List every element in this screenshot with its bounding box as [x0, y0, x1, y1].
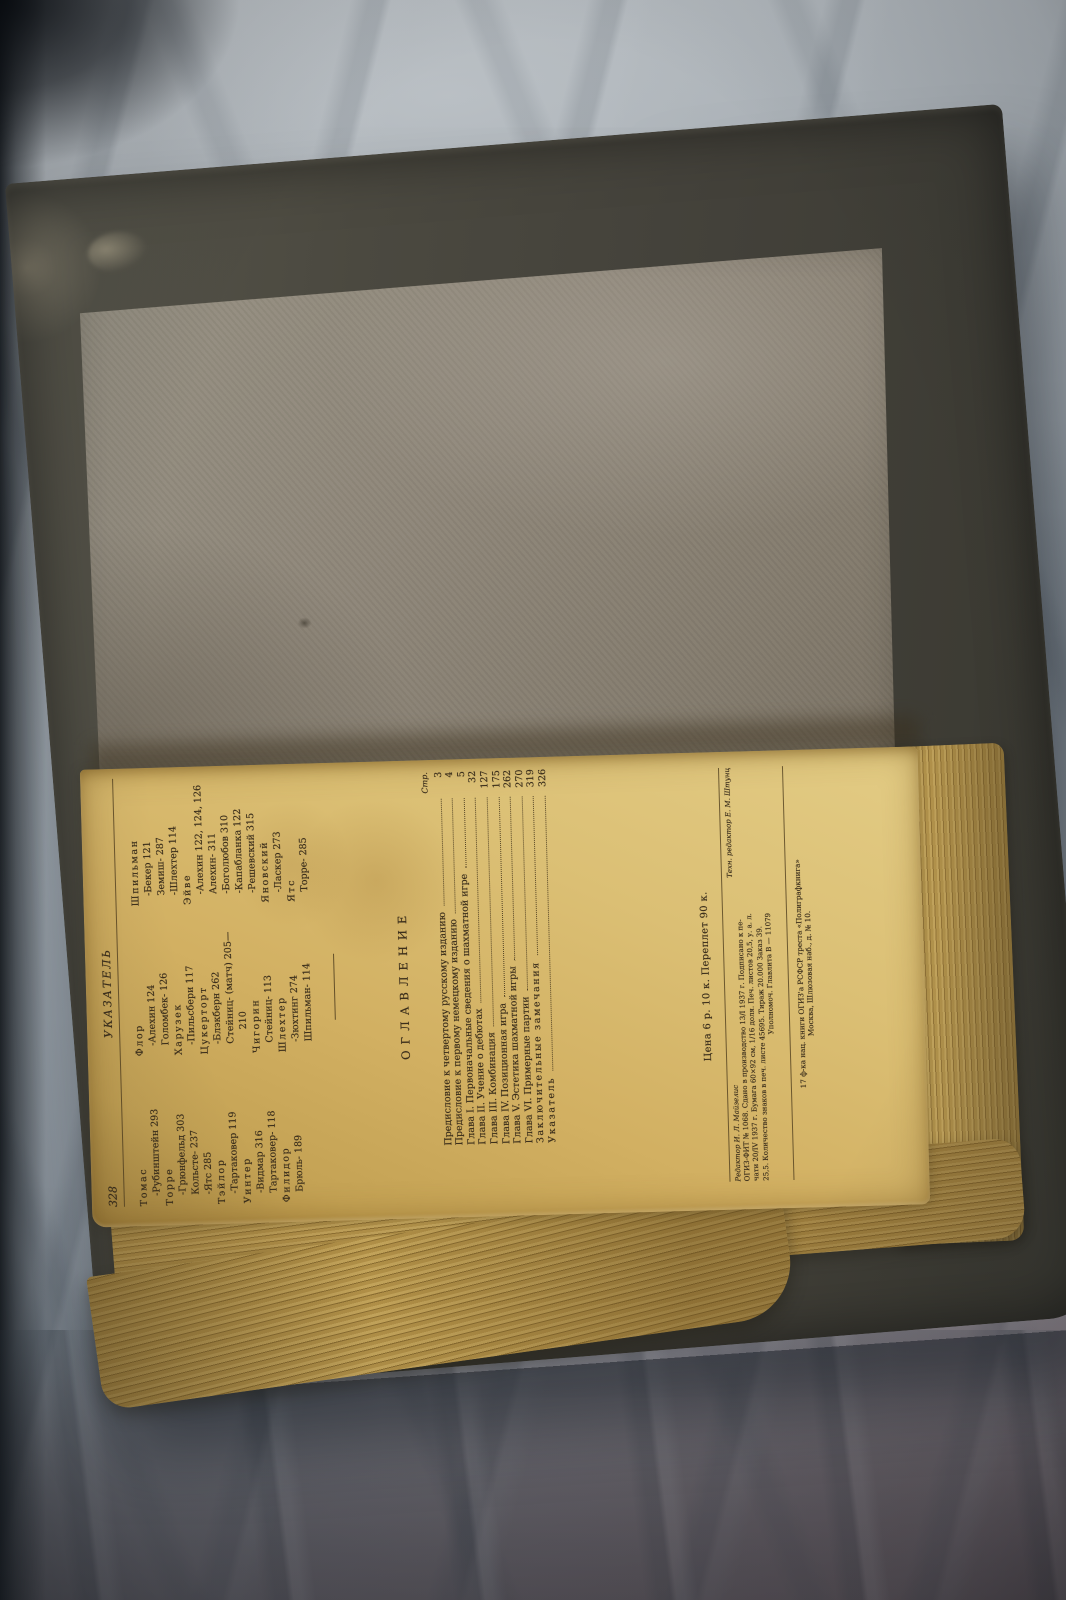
- page-header: 328 УКАЗАТЕЛЬ: [95, 779, 120, 1207]
- index-column-3: Шпильман-Бекер 121Земиш- 287-Шлехтер 114…: [126, 765, 312, 906]
- dot-leader: [452, 798, 456, 913]
- printed-book-page: 328 УКАЗАТЕЛЬ Томас-Рубинштейн 293Торре-…: [80, 746, 930, 1227]
- contents-item-page: 3: [433, 772, 445, 794]
- page-number: 328: [105, 1137, 120, 1207]
- contents-item-page: 319: [525, 769, 537, 791]
- section-divider-rule: [333, 954, 336, 1020]
- printer-imprint: 17 ф-ка нац. книги ОГИЗ'а РСФСР треста «…: [789, 759, 820, 1187]
- contents-item-page: 5: [456, 771, 468, 793]
- index-running-title: УКАЗАТЕЛЬ: [95, 779, 118, 1137]
- index-entry: Шпильман- 114: [299, 915, 316, 1051]
- contents-item-page: 127: [479, 770, 491, 792]
- index-entry: Брюль- 189: [290, 1066, 307, 1202]
- dot-leader: [545, 796, 554, 1071]
- page-text-block: 328 УКАЗАТЕЛЬ Томас-Рубинштейн 293Торре-…: [80, 746, 930, 1227]
- colophon-block: Редактор И. Л. Майзелис Техн. редактор Е…: [722, 767, 781, 1182]
- contents-heading: ОГЛАВЛЕНИЕ: [391, 771, 417, 1199]
- contents-list: Стр. Предисловие к четвертому русскому и…: [419, 769, 559, 1146]
- contents-item-page: 326: [537, 769, 549, 791]
- contents-item-page: 32: [467, 771, 479, 793]
- dot-leader: [463, 798, 466, 868]
- contents-item-page: 262: [502, 770, 514, 792]
- contents-item-page: 270: [514, 769, 526, 791]
- index-column-2: Флор-Алехин 124Голомбек- 126Харузек-Пиль…: [130, 915, 316, 1056]
- photo-of-open-book: 328 УКАЗАТЕЛЬ Томас-Рубинштейн 293Торре-…: [0, 0, 1066, 1600]
- contents-item-page: 175: [491, 770, 503, 792]
- index-columns: Томас-Рубинштейн 293Торре-Грюнфельд 303К…: [126, 773, 320, 1206]
- price-line: Цена 6 р. 10 к. Переплет 90 к.: [694, 762, 717, 1190]
- dot-leader: [440, 799, 444, 906]
- contents-item-label: Указатель: [545, 1077, 558, 1143]
- index-entry: Торре- 285: [295, 765, 312, 901]
- index-column-1: Томас-Рубинштейн 293Торре-Грюнфельд 303К…: [134, 1065, 320, 1206]
- blank-endpaper-page: [75, 245, 895, 770]
- contents-item-page: 4: [444, 771, 456, 793]
